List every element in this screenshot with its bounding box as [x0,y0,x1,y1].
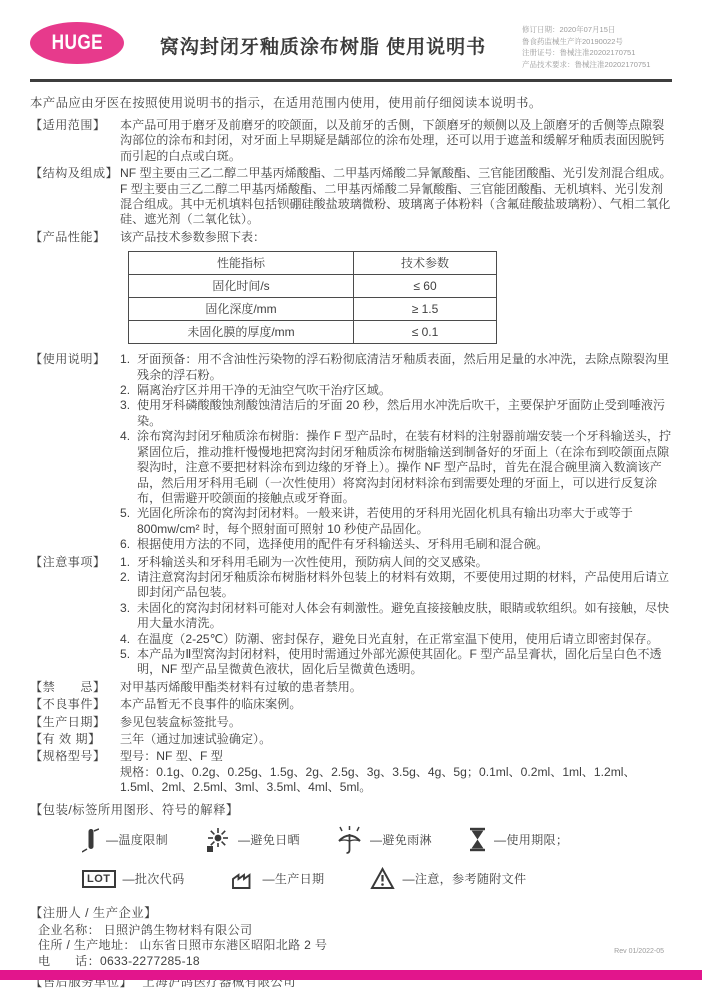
section-production-date-text: 参见包装盒标签批号。 [120,715,672,730]
item-number: 2. [120,383,137,398]
table-row: 固化深度/mm ≥ 1.5 [129,298,497,321]
section-performance: 【产品性能】 该产品技术参数参照下表： 性能指标 技术参数 固化时间/s ≤ 6… [30,230,672,350]
symbol-use-by-date: —使用期限； [468,827,568,852]
table-cell-value: ≥ 1.5 [354,298,497,321]
item-number: 4. [120,429,137,506]
usage-item: 2.隔离治疗区并用干净的无油空气吹干治疗区域。 [120,383,672,398]
section-scope-label: 【适用范围】 [30,118,120,164]
section-spec-label: 【规格型号】 [30,749,120,795]
item-number: 2. [120,570,137,601]
usage-item: 1.牙面预备：用不含油性污染物的浮石粉彻底清洁牙釉质表面，然后用足量的水冲洗，去… [120,352,672,383]
section-production-date-label: 【生产日期】 [30,715,120,730]
performance-table: 性能指标 技术参数 固化时间/s ≤ 60 固化深度/mm ≥ 1.5 未固化膜… [128,251,497,344]
hourglass-icon [468,827,487,852]
symbols-heading: 【包装/标签所用图形、符号的解释】 [30,800,672,818]
table-row: 未固化膜的厚度/mm ≤ 0.1 [129,321,497,344]
section-adverse-events-text: 本产品暂无不良事件的临床案例。 [120,697,672,712]
section-production-date: 【生产日期】 参见包装盒标签批号。 [30,715,672,730]
factory-icon [230,867,255,891]
precaution-item: 2.请注意窝沟封闭牙釉质涂布树脂材料外包装上的材料有效期，不要使用过期的材料，产… [120,570,672,601]
precaution-item: 4.在温度（2-25℃）防潮、密封保存，避免日光直射，在正常室温下使用，使用后请… [120,632,672,647]
symbol-label: —批次代码 [123,870,185,887]
precaution-item: 1.牙科输送头和牙科用毛刷为一次性使用，预防病人间的交叉感染。 [120,555,672,570]
symbol-label: —使用期限； [494,831,568,848]
symbol-keep-dry: —避免雨淋 [336,826,432,854]
item-number: 3. [120,601,137,632]
meta-revision-date: 修订日期：2020年07月15日 [522,24,672,36]
composition-nf-paragraph: NF 型主要由三乙二醇二甲基丙烯酸酯、二甲基丙烯酸二异氰酸酯、三官能团酸酯、光引… [120,166,672,181]
item-number: 1. [120,352,137,383]
symbols-row-2: LOT —批次代码 —生产日期 —注意，参考随附文件 [82,864,672,894]
table-cell-metric: 固化时间/s [129,275,354,298]
precaution-item: 5.本产品为Ⅱ型窝沟封闭材料，使用时需通过外部光源使其固化。F 型产品呈膏状，固… [120,647,672,678]
usage-item: 5.光固化所涂布的窝沟封闭材料。一般来讲，若使用的牙科用光固化机具有输出功率大于… [120,506,672,537]
section-adverse-events-label: 【不良事件】 [30,697,120,712]
section-contraindication-label: 【禁 忌】 [30,680,120,695]
section-composition: 【结构及组成】 NF 型主要由三乙二醇二甲基丙烯酸酯、二甲基丙烯酸二异氰酸酯、三… [30,166,672,228]
section-scope: 【适用范围】 本产品可用于磨牙及前磨牙的咬颌面，以及前牙的舌侧，下颌磨牙的颊侧以… [30,118,672,164]
symbol-keep-away-from-sunlight: —避免日晒 [204,826,300,853]
section-contraindication: 【禁 忌】 对甲基丙烯酸甲酯类材料有过敏的患者禁用。 [30,680,672,695]
header-divider [30,79,672,82]
section-precautions-list: 1.牙科输送头和牙科用毛刷为一次性使用，预防病人间的交叉感染。 2.请注意窝沟封… [120,555,672,678]
symbols-row-1: —温度限制 —避免日晒 [82,825,672,855]
umbrella-rain-icon [336,826,363,854]
logo-text: HUGE [51,31,102,55]
item-text: 在温度（2-25℃）防潮、密封保存，避免日光直射，在正常室温下使用，使用后请立即… [137,632,672,647]
item-text: 光固化所涂布的窝沟封闭材料。一般来讲，若使用的牙科用光固化机具有输出功率大于或等… [137,506,672,537]
item-number: 6. [120,537,137,552]
precaution-item: 3.未固化的窝沟封闭材料可能对人体会有刺激性。避免直接接触皮肤，眼睛或软组织。如… [120,601,672,632]
section-validity-label: 【有 效 期】 [30,732,120,747]
item-text: 未固化的窝沟封闭材料可能对人体会有刺激性。避免直接接触皮肤，眼睛或软组织。如有接… [137,601,672,632]
section-usage-list: 1.牙面预备：用不含油性污染物的浮石粉彻底清洁牙釉质表面，然后用足量的水冲洗，去… [120,352,672,552]
table-row: 固化时间/s ≤ 60 [129,275,497,298]
table-cell-value: ≤ 0.1 [354,321,497,344]
intro-note: 本产品应由牙医在按照使用说明书的指示，在适用范围内使用，使用前仔细阅读本说明书。 [30,93,672,111]
symbol-label: —温度限制 [106,831,168,848]
lot-box-icon: LOT [82,870,116,888]
table-header-metric: 性能指标 [129,252,354,275]
table-cell-metric: 未固化膜的厚度/mm [129,321,354,344]
meta-production-license: 鲁食药监械生产许20190022号 [522,36,672,48]
section-usage: 【使用说明】 1.牙面预备：用不含油性污染物的浮石粉彻底清洁牙釉质表面，然后用足… [30,352,672,552]
page-title: 窝沟封闭牙釉质涂布树脂 使用说明书 [124,20,522,59]
performance-intro: 该产品技术参数参照下表： [120,230,672,245]
spec-sizes-line: 规格：0.1g、0.2g、0.25g、1.5g、2g、2.5g、3g、3.5g、… [120,765,672,796]
symbol-manufacture-date: —生产日期 [230,867,324,891]
sun-icon [204,826,231,853]
meta-tech-requirement: 产品技术要求：鲁械注准20202170751 [522,59,672,71]
symbol-label: —生产日期 [262,870,324,887]
table-header-value: 技术参数 [354,252,497,275]
item-text: 根据使用方法的不同，选择使用的配件有牙科输送头、牙科用毛刷和混合碗。 [137,537,672,552]
table-cell-metric: 固化深度/mm [129,298,354,321]
revision-code: Rev 01/2022-05 [614,948,664,955]
section-precautions-label: 【注意事项】 [30,555,120,678]
section-performance-label: 【产品性能】 [30,230,120,350]
section-performance-content: 该产品技术参数参照下表： 性能指标 技术参数 固化时间/s ≤ 60 固化深度/… [120,230,672,350]
symbol-label: —避免雨淋 [370,831,432,848]
symbol-caution: —注意，参考随附文件 [370,867,526,890]
item-number: 5. [120,506,137,537]
table-header-row: 性能指标 技术参数 [129,252,497,275]
section-contraindication-text: 对甲基丙烯酸甲酯类材料有过敏的患者禁用。 [120,680,672,695]
symbol-batch-code: LOT —批次代码 [82,870,184,888]
manufacturer-phone: 电 话：0633-2277285-18 [38,954,672,970]
item-text: 隔离治疗区并用干净的无油空气吹干治疗区域。 [137,383,672,398]
item-text: 请注意窝沟封闭牙釉质涂布树脂材料外包装上的材料有效期，不要使用过期的材料，产品使… [137,570,672,601]
leaflet-page: HUGE 窝沟封闭牙釉质涂布树脂 使用说明书 修订日期：2020年07月15日 … [0,0,702,990]
item-number: 4. [120,632,137,647]
symbol-label: —避免日晒 [238,831,300,848]
section-composition-text: NF 型主要由三乙二醇二甲基丙烯酸酯、二甲基丙烯酸二异氰酸酯、三官能团酸酯、光引… [120,166,672,228]
manufacturer-name: 企业名称： 日照沪鸽生物材料有限公司 [38,923,672,939]
section-scope-text: 本产品可用于磨牙及前磨牙的咬颌面，以及前牙的舌侧，下颌磨牙的颊侧以及上颌磨牙的舌… [120,118,672,164]
section-validity: 【有 效 期】 三年（通过加速试验确定）。 [30,732,672,747]
item-text: 使用牙科磷酸酸蚀剂酸蚀清洁后的牙面 20 秒，然后用水冲洗后吹干，主要保护牙面防… [137,398,672,429]
item-number: 1. [120,555,137,570]
thermometer-icon [82,826,99,854]
usage-item: 4.涂布窝沟封闭牙釉质涂布树脂：操作 F 型产品时，在装有材料的注射器前端安装一… [120,429,672,506]
section-adverse-events: 【不良事件】 本产品暂无不良事件的临床案例。 [30,697,672,712]
symbol-temperature-limit: —温度限制 [82,826,168,854]
item-text: 涂布窝沟封闭牙釉质涂布树脂：操作 F 型产品时，在装有材料的注射器前端安装一个牙… [137,429,672,506]
footer-accent-bar [0,970,702,980]
section-precautions: 【注意事项】 1.牙科输送头和牙科用毛刷为一次性使用，预防病人间的交叉感染。 2… [30,555,672,678]
section-spec: 【规格型号】 型号：NF 型、F 型 规格：0.1g、0.2g、0.25g、1.… [30,749,672,795]
table-cell-value: ≤ 60 [354,275,497,298]
symbol-label: —注意，参考随附文件 [402,870,526,887]
section-spec-content: 型号：NF 型、F 型 规格：0.1g、0.2g、0.25g、1.5g、2g、2… [120,749,672,795]
item-text: 本产品为Ⅱ型窝沟封闭材料，使用时需通过外部光源使其固化。F 型产品呈膏状，固化后… [137,647,672,678]
section-composition-label: 【结构及组成】 [30,166,120,228]
item-text: 牙科输送头和牙科用毛刷为一次性使用，预防病人间的交叉感染。 [137,555,672,570]
manufacturer-address: 住所 / 生产地址： 山东省日照市东港区昭阳北路 2 号 [38,938,672,954]
item-text: 牙面预备：用不含油性污染物的浮石粉彻底清洁牙釉质表面，然后用足量的水冲洗，去除点… [137,352,672,383]
section-usage-label: 【使用说明】 [30,352,120,552]
composition-f-paragraph: F 型主要由三乙二醇二甲基丙烯酸酯、二甲基丙烯酸二异氰酸酯、三官能团酸酯、无机填… [120,182,672,228]
usage-item: 3.使用牙科磷酸酸蚀剂酸蚀清洁后的牙面 20 秒，然后用水冲洗后吹干，主要保护牙… [120,398,672,429]
warning-triangle-icon [370,867,395,890]
spec-model-line: 型号：NF 型、F 型 [120,749,672,764]
usage-item: 6.根据使用方法的不同，选择使用的配件有牙科输送头、牙科用毛刷和混合碗。 [120,537,672,552]
header-meta: 修订日期：2020年07月15日 鲁食药监械生产许20190022号 注册证号：… [522,20,672,70]
huge-logo: HUGE [30,22,124,64]
header: HUGE 窝沟封闭牙釉质涂布树脂 使用说明书 修订日期：2020年07月15日 … [30,20,672,70]
meta-registration-no: 注册证号：鲁械注准20202170751 [522,47,672,59]
item-number: 3. [120,398,137,429]
item-number: 5. [120,647,137,678]
manufacturer-heading: 【注册人 / 生产企业】 [30,903,672,921]
section-validity-text: 三年（通过加速试验确定）。 [120,732,672,747]
